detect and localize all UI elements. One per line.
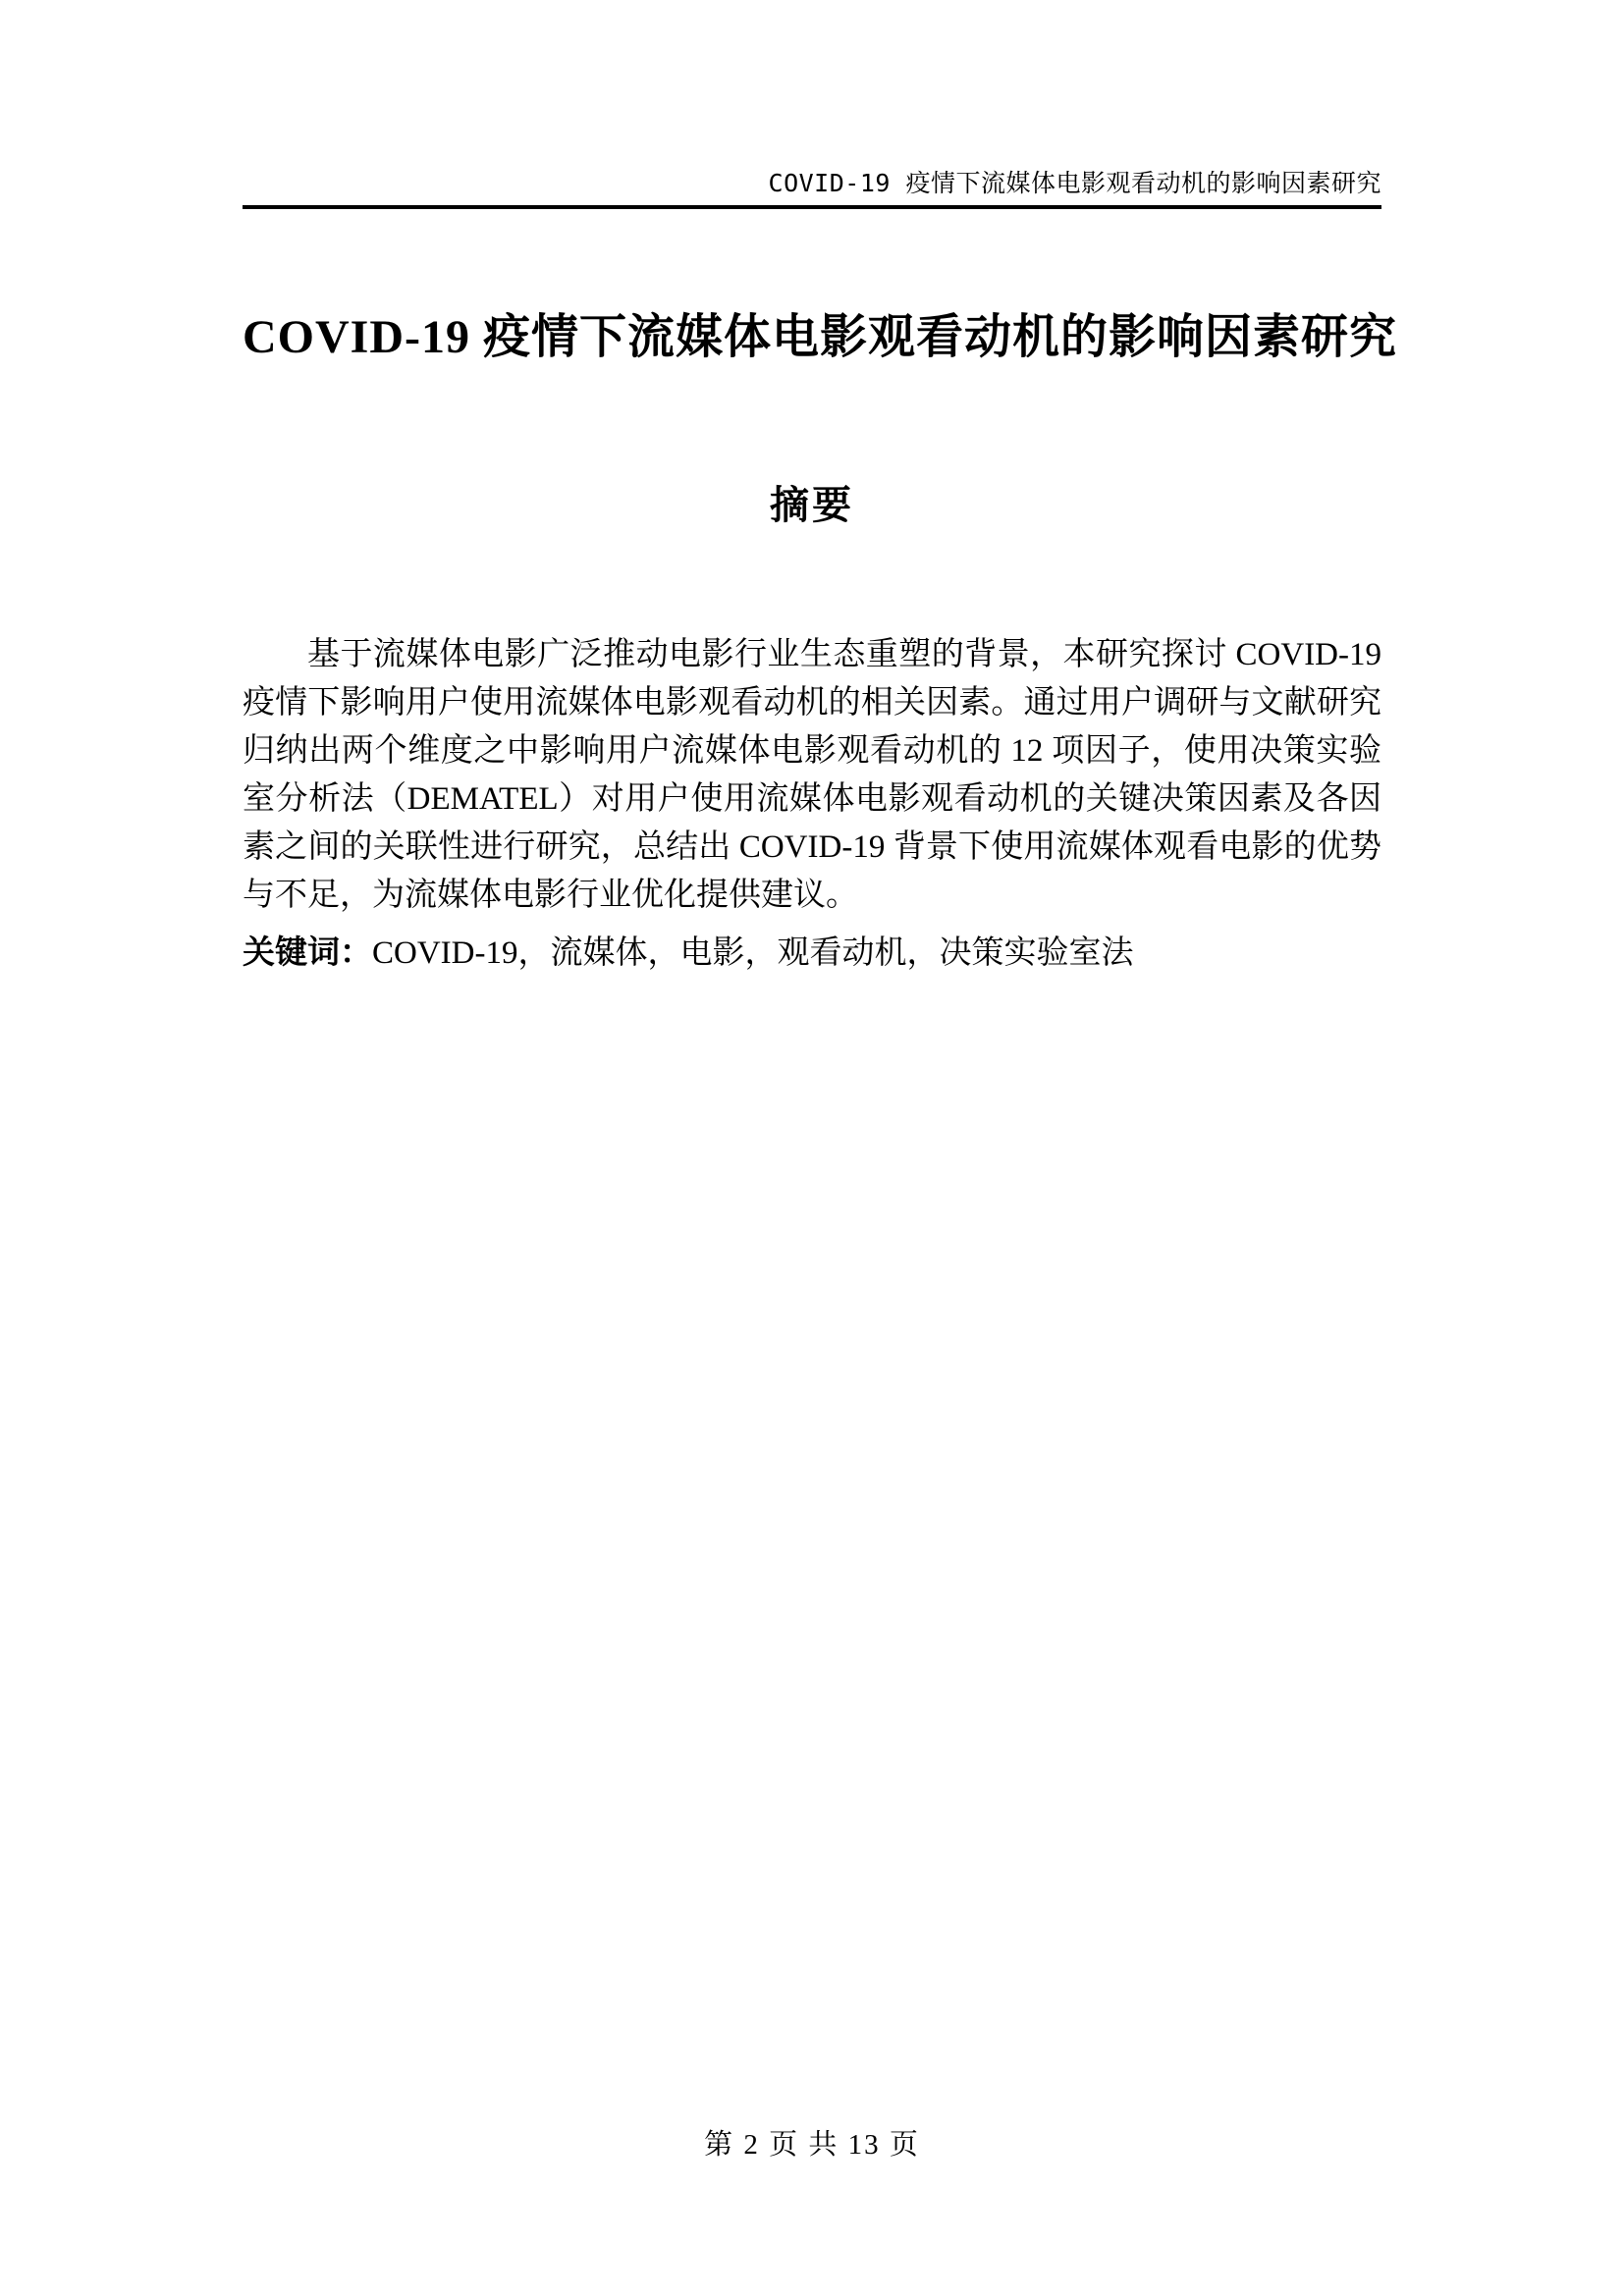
keywords-label: 关键词： xyxy=(243,933,372,971)
running-head: COVID-19 疫情下流媒体电影观看动机的影响因素研究 xyxy=(243,169,1381,198)
document-title: COVID-19 疫情下流媒体电影观看动机的影响因素研究 xyxy=(243,310,1381,365)
header-rule xyxy=(243,205,1381,209)
page-footer: 第 2 页 共 13 页 xyxy=(0,2128,1624,2162)
keywords-line: 关键词：COVID-19，流媒体，电影，观看动机，决策实验室法 xyxy=(243,928,1381,978)
keywords-text: COVID-19，流媒体，电影，观看动机，决策实验室法 xyxy=(372,935,1133,971)
document-page: COVID-19 疫情下流媒体电影观看动机的影响因素研究 COVID-19 疫情… xyxy=(0,0,1624,2296)
abstract-paragraph: 基于流媒体电影广泛推动电影行业生态重塑的背景，本研究探讨 COVID-19 疫情… xyxy=(243,631,1381,920)
abstract-heading: 摘要 xyxy=(243,483,1381,528)
